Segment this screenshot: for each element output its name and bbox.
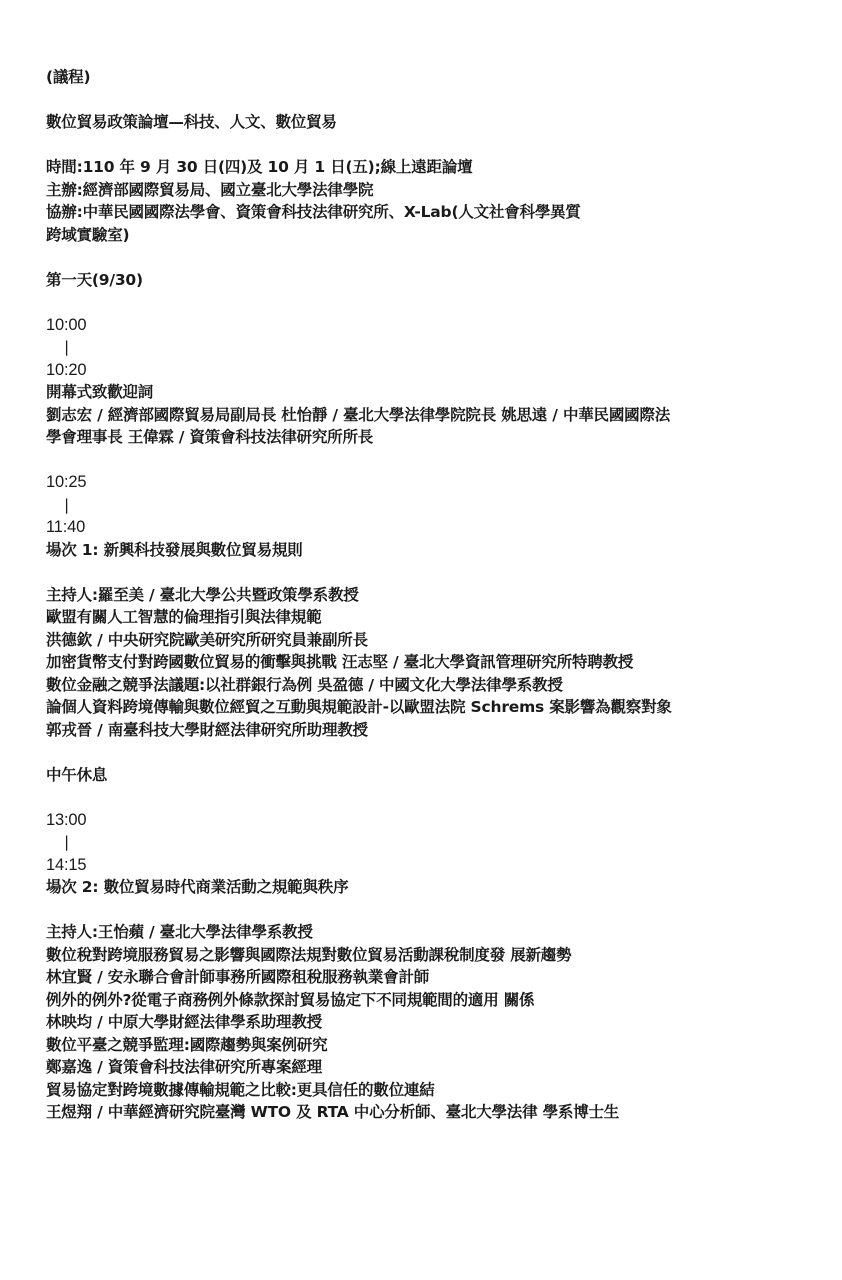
session2-item: 數位平臺之競爭監理:國際趨勢與案例研究 [46, 1034, 806, 1057]
session1-end-time: 11:40 [46, 516, 806, 539]
session1-moderator: 主持人:羅至美 / 臺北大學公共暨政策學系教授 [46, 584, 806, 607]
session2-moderator: 主持人:王怡蘋 / 臺北大學法律學系教授 [46, 921, 806, 944]
lunch-break: 中午休息 [46, 764, 806, 787]
session2-item: 林映均 / 中原大學財經法律學系助理教授 [46, 1011, 806, 1034]
opening-title: 開幕式致歡迎詞 [46, 381, 806, 404]
session1-item: 洪德欽 / 中央研究院歐美研究所研究員兼副所長 [46, 629, 806, 652]
opening-end-time: 10:20 [46, 359, 806, 382]
session1-item: 郭戎晉 / 南臺科技大學財經法律研究所助理教授 [46, 719, 806, 742]
session1-item: 數位金融之競爭法議題:以社群銀行為例 吳盈德 / 中國文化大學法律學系教授 [46, 674, 806, 697]
session2-end-time: 14:15 [46, 854, 806, 877]
opening-speakers: 劉志宏 / 經濟部國際貿易局副局長 杜怡靜 / 臺北大學法律學院院長 姚思遠 /… [46, 404, 806, 427]
session2-item: 王煜翔 / 中華經濟研究院臺灣 WTO 及 RTA 中心分析師、臺北大學法律 學… [46, 1101, 806, 1124]
forum-time: 時間:110 年 9 月 30 日(四)及 10 月 1 日(五);線上遠距論壇 [46, 156, 806, 179]
opening-start-time: 10:00 [46, 314, 806, 337]
session1-item: 歐盟有關人工智慧的倫理指引與法律規範 [46, 606, 806, 629]
session1-start-time: 10:25 [46, 471, 806, 494]
organizer: 主辦:經濟部國際貿易局、國立臺北大學法律學院 [46, 179, 806, 202]
session1-title: 場次 1: 新興科技發展與數位貿易規則 [46, 539, 806, 562]
session2-start-time: 13:00 [46, 809, 806, 832]
day1-title: 第一天(9/30) [46, 269, 806, 292]
session2-item: 鄭嘉逸 / 資策會科技法律研究所專案經理 [46, 1056, 806, 1079]
time-range-bar: | [46, 494, 806, 517]
co-organizer-cont: 跨域實驗室) [46, 224, 806, 247]
agenda-label: (議程) [46, 66, 806, 89]
session2-item: 數位稅對跨境服務貿易之影響與國際法規對數位貿易活動課稅制度發 展新趨勢 [46, 944, 806, 967]
session2-title: 場次 2: 數位貿易時代商業活動之規範與秩序 [46, 876, 806, 899]
session2-item: 例外的例外?從電子商務例外條款探討貿易協定下不同規範間的適用 關係 [46, 989, 806, 1012]
time-range-bar: | [46, 336, 806, 359]
session2-item: 貿易協定對跨境數據傳輸規範之比較:更具信任的數位連結 [46, 1079, 806, 1102]
forum-title: 數位貿易政策論壇—科技、人文、數位貿易 [46, 111, 806, 134]
agenda-document: (議程) 數位貿易政策論壇—科技、人文、數位貿易 時間:110 年 9 月 30… [46, 66, 806, 1124]
co-organizer: 協辦:中華民國國際法學會、資策會科技法律研究所、X-Lab(人文社會科學異質 [46, 201, 806, 224]
time-range-bar: | [46, 831, 806, 854]
opening-speakers-cont: 學會理事長 王偉霖 / 資策會科技法律研究所所長 [46, 426, 806, 449]
session1-item: 加密貨幣支付對跨國數位貿易的衝擊與挑戰 汪志堅 / 臺北大學資訊管理研究所特聘教… [46, 651, 806, 674]
session1-item: 論個人資料跨境傳輸與數位經貿之互動與規範設計-以歐盟法院 Schrems 案影響… [46, 696, 806, 719]
session2-item: 林宜賢 / 安永聯合會計師事務所國際租稅服務執業會計師 [46, 966, 806, 989]
